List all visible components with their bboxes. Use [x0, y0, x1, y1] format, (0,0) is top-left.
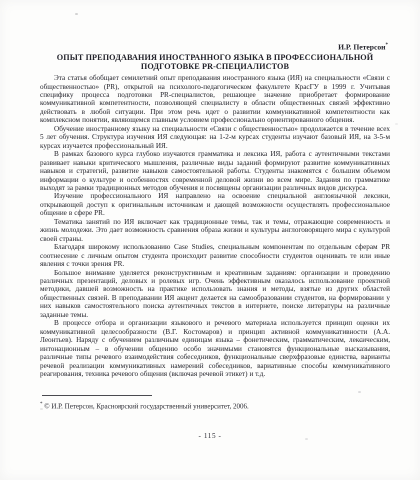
copyright-footnote: * © И.Р. Петерсон, Красноярский государс… [40, 401, 390, 411]
footnote-area: * © И.Р. Петерсон, Красноярский государс… [40, 395, 390, 411]
paragraph-6: Благодаря широкому использованию Case St… [40, 243, 390, 268]
article-title: ОПЫТ ПРЕПОДАВАНИЯ ИНОСТРАННОГО ЯЗЫКА В П… [40, 53, 390, 73]
footnote-marker: * [40, 402, 43, 407]
paragraph-8: В процессе отбора и организации языковог… [40, 319, 390, 378]
paragraph-3: В рамках базового курса глубоко изучаютс… [40, 150, 390, 192]
author-footnote-marker: * [386, 43, 389, 48]
footnote-text: © И.Р. Петерсон, Красноярский государств… [44, 402, 249, 410]
paragraph-2: Обучение иностранному языку на специальн… [40, 125, 390, 150]
footnote-separator [42, 395, 152, 396]
author-name: И.Р. Петерсон [338, 43, 385, 52]
article-body: Эта статья обобщает семилетний опыт преп… [40, 74, 390, 378]
article-content: И.Р. Петерсон* ОПЫТ ПРЕПОДАВАНИЯ ИНОСТРА… [40, 41, 390, 378]
scan-noise-speckles [75, 13, 78, 15]
author-line: И.Р. Петерсон* [40, 41, 388, 52]
paragraph-5: Тематика занятий по ИЯ включает как трад… [40, 218, 390, 243]
article-title-line1: ОПЫТ ПРЕПОДАВАНИЯ ИНОСТРАННОГО ЯЗЫКА В П… [57, 53, 373, 62]
page-number: - 115 - [0, 432, 420, 440]
paragraph-1: Эта статья обобщает семилетний опыт преп… [40, 74, 390, 125]
paragraph-4: Изучение профессионального ИЯ направлено… [40, 192, 390, 217]
paragraph-7: Большое внимание уделяется реконструктив… [40, 269, 390, 320]
scanned-article-page: И.Р. Петерсон* ОПЫТ ПРЕПОДАВАНИЯ ИНОСТРА… [0, 0, 420, 480]
article-title-line2: ПОДГОТОВКЕ PR-СПЕЦИАЛИСТОВ [141, 62, 289, 71]
